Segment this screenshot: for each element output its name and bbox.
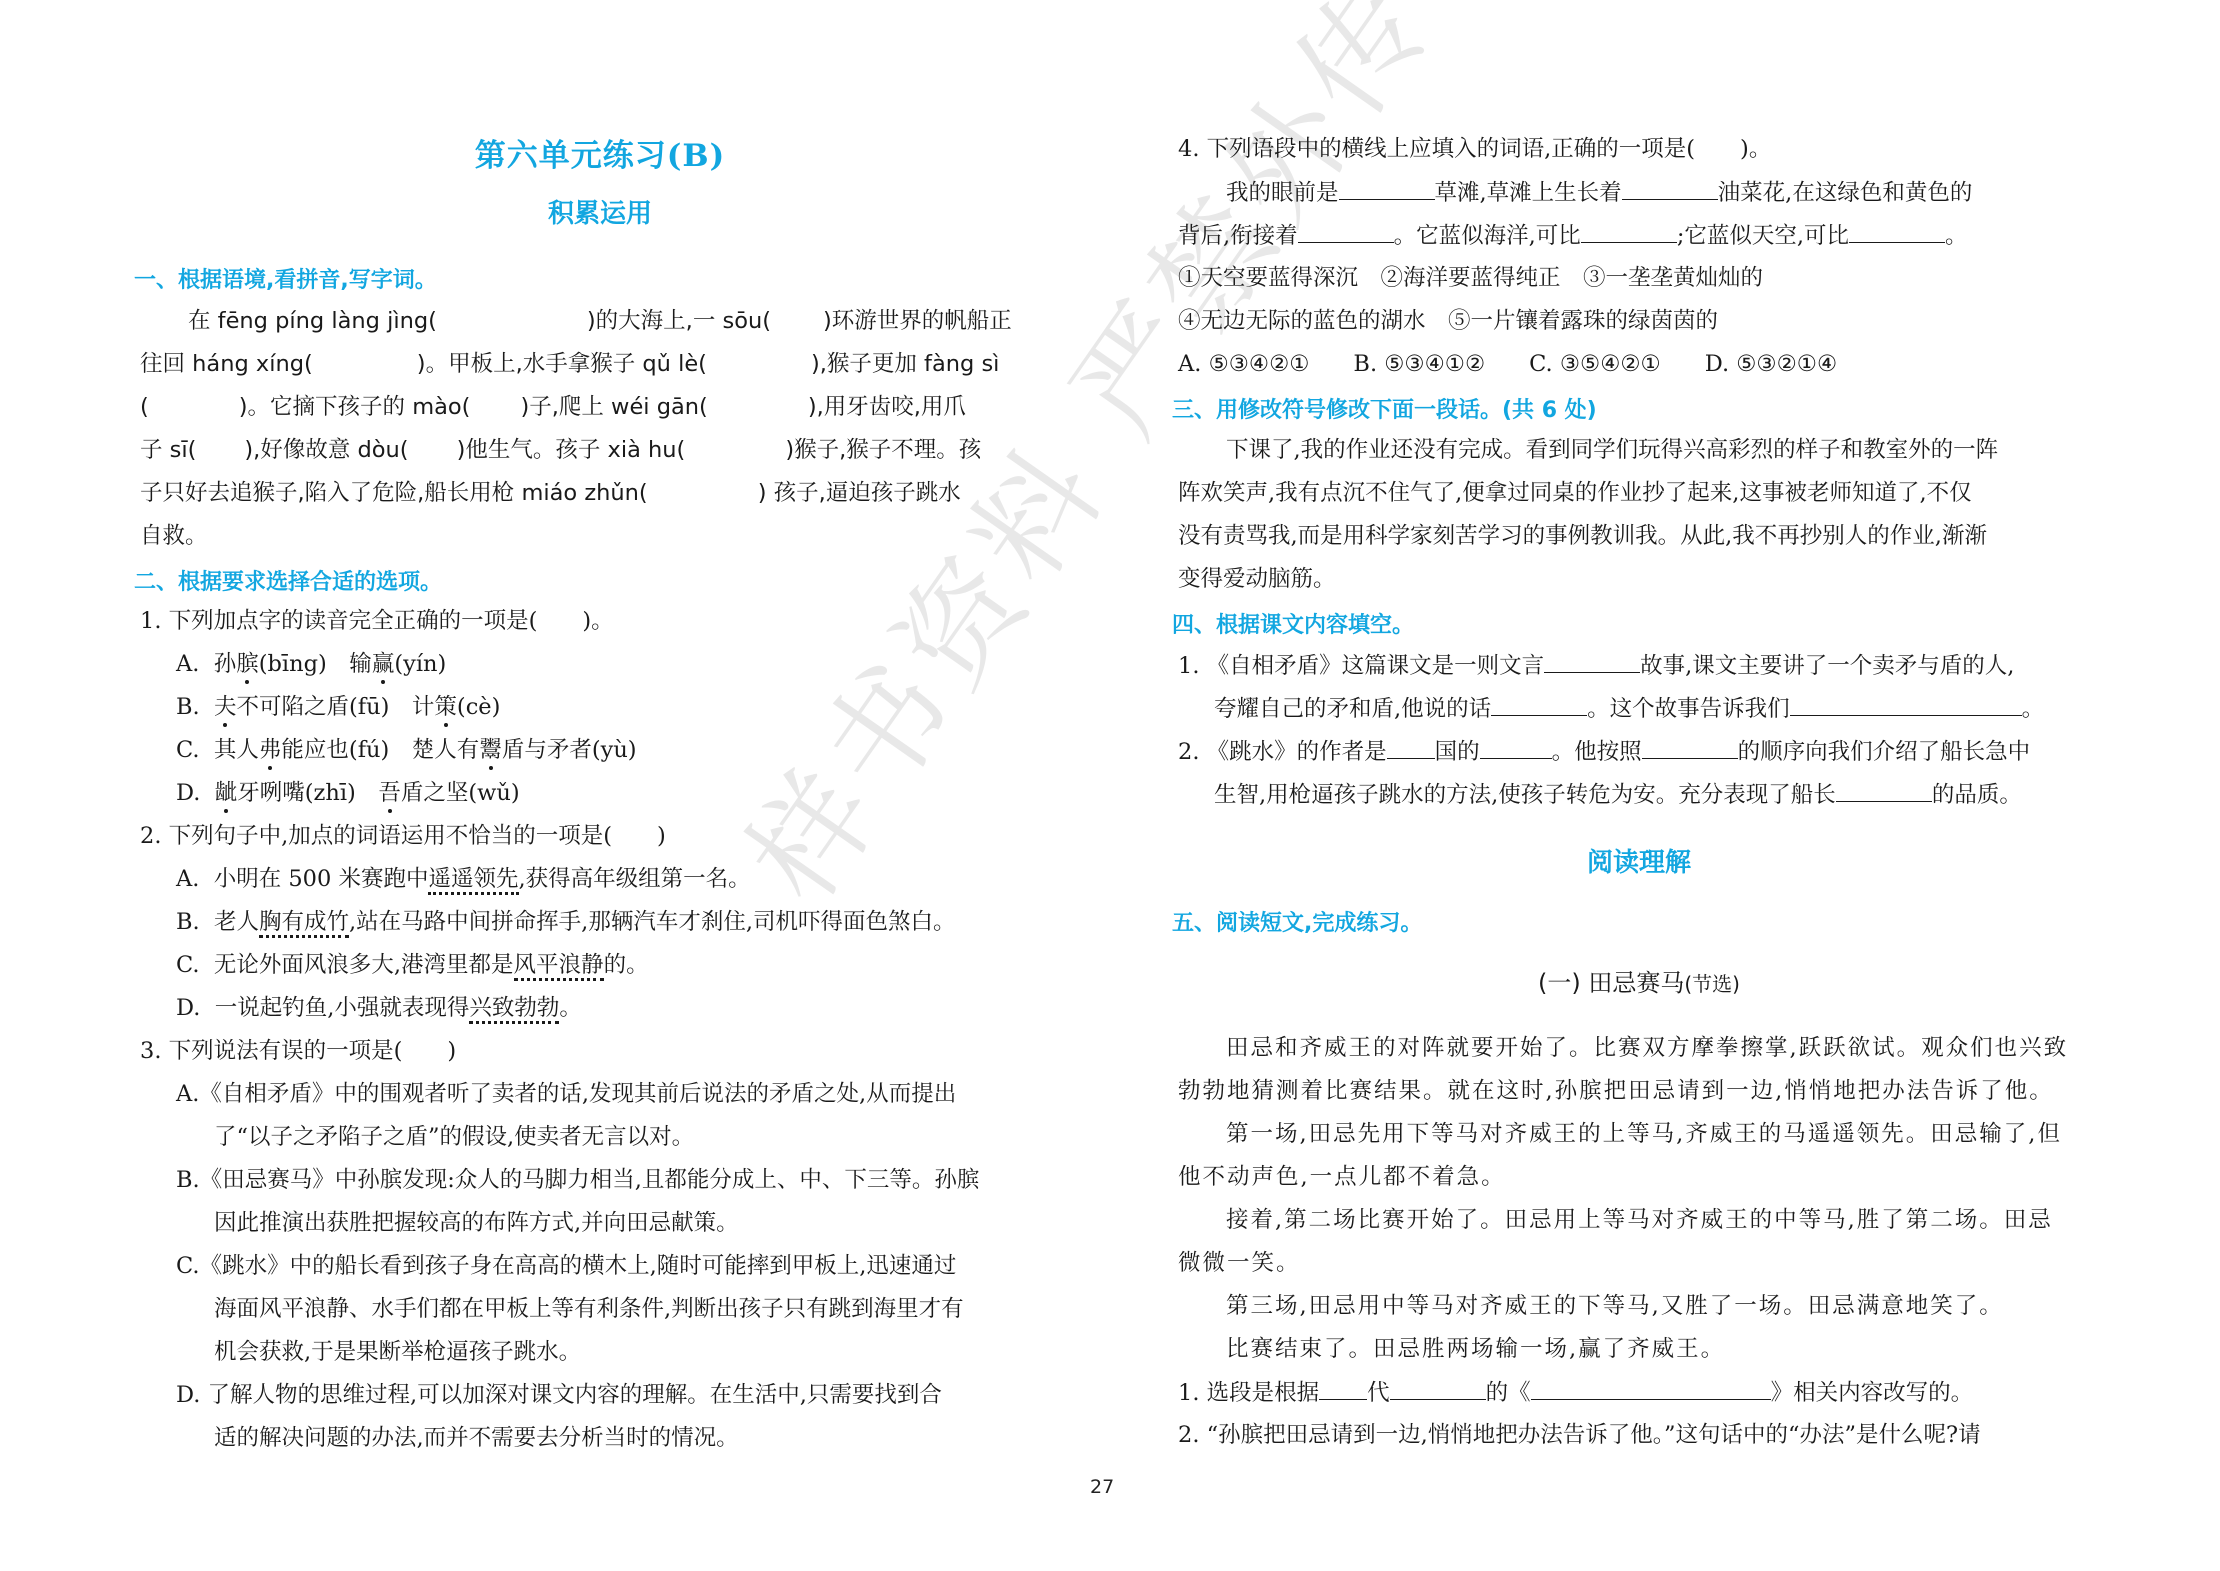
q4-options: A. ⑤③④②①B. ⑤③④①②C. ③⑤④②①D. ⑤③②①④	[1178, 349, 1837, 379]
sec3-line-1: 下课了,我的作业还没有完成。看到同学们玩得兴高彩烈的样子和教室外的一阵	[1226, 435, 1998, 465]
passage-title: (一) 田忌赛马(节选)	[1178, 968, 2100, 999]
section-4-heading: 四、根据课文内容填空。	[1172, 608, 1414, 639]
answer-blank[interactable]	[1491, 693, 1587, 716]
answer-blank[interactable]	[1390, 1377, 1486, 1400]
passage-p3-line-2: 微微一笑。	[1178, 1248, 1301, 1278]
section-title-accumulation: 积累运用	[140, 193, 1060, 230]
passage-p1-line-1: 田忌和齐威王的对阵就要开始了。比赛双方摩拳擦掌,跃跃欲试。观众们也兴致	[1226, 1033, 2068, 1063]
dotted-word: 胸有成竹	[259, 909, 349, 938]
q3-option-d-cont: 适的解决问题的办法,而并不需要去分析当时的情况。	[214, 1423, 739, 1453]
q3-option-c-cont-1: 海面风平浪静、水手们都在甲板上等有利条件,判断出孩子只有跳到海里才有	[214, 1294, 964, 1324]
answer-blank[interactable]	[1387, 736, 1435, 759]
answer-blank[interactable]	[1581, 220, 1677, 243]
q2-stem: 2. 下列句子中,加点的词语运用不恰当的一项是( )	[140, 821, 666, 851]
q4-option-c[interactable]: C. ③⑤④②①	[1529, 351, 1661, 377]
q2-option-b[interactable]: B. 老人胸有成竹,站在马路中间拼命挥手,那辆汽车才刹住,司机吓得面色煞白。	[176, 907, 956, 937]
answer-blank[interactable]	[1849, 220, 1945, 243]
q4-option-a[interactable]: A. ⑤③④②①	[1178, 351, 1309, 377]
q1-option-d[interactable]: D. 龇牙咧嘴(zhī) 吾盾之坚(wǔ)	[176, 778, 520, 808]
sec1-line-3: ()。它摘下孩子的 mào()子,爬上 wéi gān(),用牙齿咬,用爪	[140, 392, 966, 422]
sec1-line-1: 在 fēng píng làng jìng()的大海上,一 sōu()环游世界的…	[188, 306, 1012, 336]
sec1-line-6: 自救。	[140, 521, 208, 551]
q3-option-d[interactable]: D. 了解人物的思维过程,可以加深对课文内容的理解。在生活中,只需要找到合	[176, 1380, 942, 1410]
answer-blank[interactable]	[1790, 693, 2022, 716]
dotted-word: 风平浪静	[514, 952, 604, 981]
passage-p4: 第三场,田忌用中等马对齐威王的下等马,又胜了一场。田忌满意地笑了。	[1226, 1291, 2004, 1321]
q1-option-b[interactable]: B. 夫不可陷之盾(fū) 计策(cè)	[176, 692, 500, 722]
section-5-heading: 五、阅读短文,完成练习。	[1172, 906, 1422, 937]
section-3-heading: 三、用修改符号修改下面一段话。(共 6 处)	[1172, 393, 1597, 424]
page-number: 27	[1090, 1476, 1114, 1498]
answer-blank[interactable]	[1642, 736, 1738, 759]
q1-option-a[interactable]: A. 孙膑(bīng) 输赢(yín)	[176, 649, 446, 679]
q2-option-a[interactable]: A. 小明在 500 米赛跑中遥遥领先,获得高年级组第一名。	[176, 864, 751, 894]
dotted-word: 遥遥领先	[428, 866, 518, 895]
q3-stem: 3. 下列说法有误的一项是( )	[140, 1036, 456, 1066]
q3-option-b-cont: 因此推演出获胜把握较高的布阵方式,并向田忌献策。	[214, 1208, 739, 1238]
q3-option-a[interactable]: A.《自相矛盾》中的围观者听了卖者的话,发现其前后说法的矛盾之处,从而提出	[176, 1079, 956, 1109]
sec3-line-4: 变得爱动脑筋。	[1178, 564, 1336, 594]
section-1-heading: 一、根据语境,看拼音,写字词。	[134, 263, 437, 294]
reading-q1: 1. 选段是根据代的《》相关内容改写的。	[1178, 1377, 1973, 1408]
answer-blank[interactable]	[1480, 736, 1552, 759]
dotted-word: 兴致勃勃	[469, 995, 559, 1024]
answer-blank[interactable]	[1544, 650, 1640, 673]
answer-blank[interactable]	[1622, 177, 1718, 200]
answer-blank[interactable]	[1298, 220, 1394, 243]
q2-option-d[interactable]: D. 一说起钓鱼,小强就表现得兴致勃勃。	[176, 993, 582, 1023]
q4-passage-line-1: 我的眼前是草滩,草滩上生长着油菜花,在这绿色和黄色的	[1226, 177, 1972, 208]
answer-blank[interactable]	[1836, 779, 1932, 802]
q4-passage-line-2: 背后,衔接着。它蓝似海洋,可比;它蓝似天空,可比。	[1178, 220, 1968, 251]
sec1-line-5: 子只好去追猴子,陷入了危险,船长用枪 miáo zhǔn() 孩子,逼迫孩子跳水	[140, 478, 961, 508]
q4-stem: 4. 下列语段中的横线上应填入的词语,正确的一项是( )。	[1178, 134, 1771, 164]
passage-p2-line-1: 第一场,田忌先用下等马对齐威王的上等马,齐威王的马遥遥领先。田忌输了,但	[1226, 1119, 2062, 1149]
q3-option-c[interactable]: C.《跳水》中的船长看到孩子身在高高的横木上,随时可能摔到甲板上,迅速通过	[176, 1251, 956, 1281]
sec4-q1-line-2: 夸耀自己的矛和盾,他说的话。这个故事告诉我们。	[1214, 693, 2044, 724]
reading-q2: 2. “孙膑把田忌请到一边,悄悄地把办法告诉了他。”这句话中的“办法”是什么呢?…	[1178, 1420, 1981, 1450]
q2-option-c[interactable]: C. 无论外面风浪多大,港湾里都是风平浪静的。	[176, 950, 649, 980]
sec3-line-2: 阵欢笑声,我有点沉不住气了,便拿过同桌的作业抄了起来,这事被老师知道了,不仅	[1178, 478, 1972, 508]
q3-option-c-cont-2: 机会获救,于是果断举枪逼孩子跳水。	[214, 1337, 581, 1367]
q3-option-b[interactable]: B.《田忌赛马》中孙膑发现:众人的马脚力相当,且都能分成上、中、下三等。孙膑	[176, 1165, 979, 1195]
passage-p3-line-1: 接着,第二场比赛开始了。田忌用上等马对齐威王的中等马,胜了第二场。田忌	[1226, 1205, 2053, 1235]
q3-option-a-cont: 了“以子之矛陷子之盾”的假设,使卖者无言以对。	[214, 1122, 694, 1152]
section-2-heading: 二、根据要求选择合适的选项。	[134, 565, 442, 596]
sec4-q2-line-1: 2. 《跳水》的作者是国的。他按照的顺序向我们介绍了船长急中	[1178, 736, 2030, 767]
q1-stem: 1. 下列加点字的读音完全正确的一项是( )。	[140, 606, 614, 636]
section-title-reading: 阅读理解	[1178, 842, 2100, 879]
sec4-q2-line-2: 生智,用枪逼孩子跳水的方法,使孩子转危为安。充分表现了船长的品质。	[1214, 779, 2022, 810]
q4-choices-line-1: ①天空要蓝得深沉 ②海洋要蓝得纯正 ③一垄垄黄灿灿的	[1178, 263, 1763, 293]
page-title: 第六单元练习(B)	[140, 130, 1060, 175]
answer-blank[interactable]	[1319, 1377, 1367, 1400]
sec4-q1-line-1: 1. 《自相矛盾》这篇课文是一则文言故事,课文主要讲了一个卖矛与盾的人,	[1178, 650, 2014, 681]
sec1-line-4: 子 sī(),好像故意 dòu()他生气。孩子 xià hu()猴子,猴子不理。…	[140, 435, 981, 465]
passage-p5: 比赛结束了。田忌胜两场输一场,赢了齐威王。	[1226, 1334, 1725, 1364]
q4-option-b[interactable]: B. ⑤③④①②	[1353, 351, 1485, 377]
worksheet-page: 样书资料 严禁外传 第六单元练习(B) 积累运用 一、根据语境,看拼音,写字词。…	[0, 0, 2220, 1571]
sec1-line-2: 往回 háng xíng()。甲板上,水手拿猴子 qǔ lè(),猴子更加 fà…	[140, 349, 999, 379]
answer-blank[interactable]	[1531, 1377, 1771, 1400]
passage-p2-line-2: 他不动声色,一点儿都不着急。	[1178, 1162, 1506, 1192]
q4-choices-line-2: ④无边无际的蓝色的湖水 ⑤一片镶着露珠的绿茵茵的	[1178, 306, 1718, 336]
sec3-line-3: 没有责骂我,而是用科学家刻苦学习的事例教训我。从此,我不再抄别人的作业,渐渐	[1178, 521, 1987, 551]
q4-option-d[interactable]: D. ⑤③②①④	[1705, 351, 1837, 377]
q1-option-c[interactable]: C. 其人弗能应也(fú) 楚人有鬻盾与矛者(yù)	[176, 735, 637, 765]
answer-blank[interactable]	[1339, 177, 1435, 200]
passage-p1-line-2: 勃勃地猜测着比赛结果。就在这时,孙膑把田忌请到一边,悄悄地把办法告诉了他。	[1178, 1076, 2054, 1106]
